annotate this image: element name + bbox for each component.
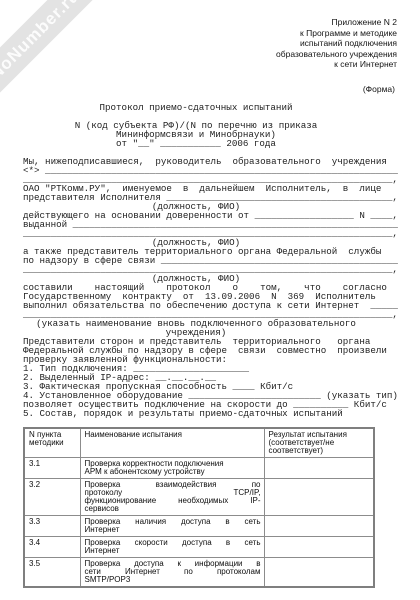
test-number-cell: 3.5 (24, 558, 80, 588)
test-name-line: Интернет (85, 547, 261, 555)
header-note-line: образовательного учреждения (276, 49, 397, 60)
table-header-row: N пункта методикиНаименование испытанияР… (24, 428, 374, 458)
table-row: 3.3Проверка наличия доступа в сетьИнтерн… (24, 516, 374, 537)
test-number-cell: 3.2 (24, 479, 80, 516)
test-result-cell (264, 537, 374, 558)
document-page: NoNumber.ru Приложение N 2к Программе и … (0, 0, 420, 600)
test-name-cell: Проверка скорости доступа в сетьИнтернет (80, 537, 264, 558)
test-number-cell: 3.3 (24, 516, 80, 537)
test-name-cell: Проверка доступа к информации всети Инте… (80, 558, 264, 588)
test-name-line: Интернет (85, 526, 261, 534)
test-result-cell (264, 479, 374, 516)
table-row: 3.2Проверка взаимодействия попротоколу T… (24, 479, 374, 516)
document-body: Протокол приемо-сдаточных испытаний N (к… (23, 103, 399, 418)
test-name-cell: Проверка наличия доступа в сетьИнтернет (80, 516, 264, 537)
test-name-cell: Проверка взаимодействия попротоколу TCP/… (80, 479, 264, 516)
test-result-cell (264, 458, 374, 479)
table-header-cell: Результат испытания (соответствует/не со… (264, 428, 374, 458)
test-result-cell (264, 558, 374, 588)
tests-table-body: 3.1Проверка корректности подключенияАРМ … (24, 458, 374, 588)
test-result-cell (264, 516, 374, 537)
table-header-cell: N пункта методики (24, 428, 80, 458)
table-header-cell: Наименование испытания (80, 428, 264, 458)
header-note-line: испытаний подключения (276, 38, 397, 49)
test-name-line: SMTP/POP3 (85, 576, 261, 584)
header-note-line: к Программе и методике (276, 28, 397, 39)
tests-table: N пункта методикиНаименование испытанияР… (23, 427, 375, 588)
header-note: Приложение N 2к Программе и методикеиспы… (276, 17, 397, 70)
test-number-cell: 3.4 (24, 537, 80, 558)
test-name-line: АРМ к абонентскому устройству (85, 468, 261, 476)
header-note-line: к сети Интернет (276, 59, 397, 70)
table-row: 3.1Проверка корректности подключенияАРМ … (24, 458, 374, 479)
body-line: от "__" ___________ 2006 года (23, 139, 399, 148)
form-label: (Форма) (363, 84, 395, 94)
test-name-line: сервисов (85, 505, 261, 513)
table-row: 3.4Проверка скорости доступа в сетьИнтер… (24, 537, 374, 558)
test-number-cell: 3.1 (24, 458, 80, 479)
tests-table-head: N пункта методикиНаименование испытанияР… (24, 428, 374, 458)
header-note-line: Приложение N 2 (276, 17, 397, 28)
table-row: 3.5Проверка доступа к информации всети И… (24, 558, 374, 588)
test-name-cell: Проверка корректности подключенияАРМ к а… (80, 458, 264, 479)
body-line: 5. Состав, порядок и результаты приемо-с… (23, 409, 399, 418)
watermark-text: NoNumber.ru (0, 0, 84, 84)
body-line: Протокол приемо-сдаточных испытаний (23, 103, 399, 112)
